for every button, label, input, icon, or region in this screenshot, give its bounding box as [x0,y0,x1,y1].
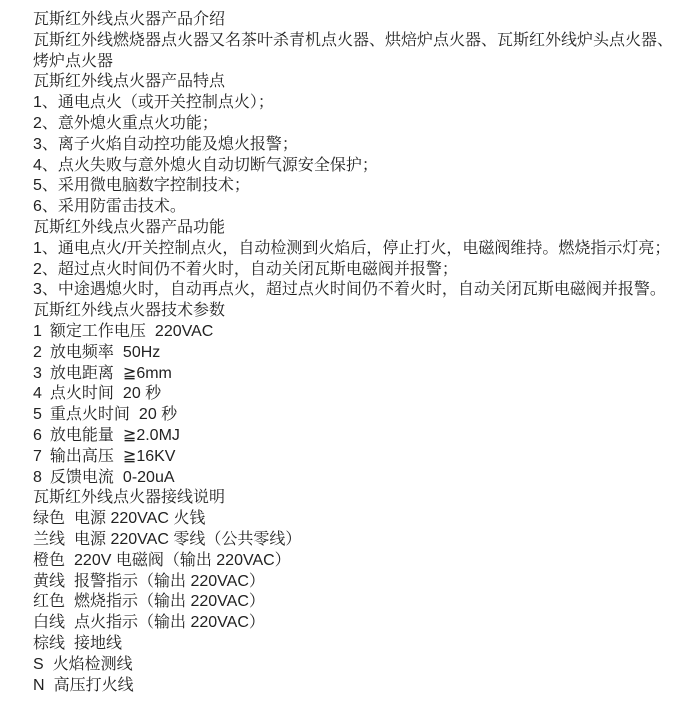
spec-row: 8反馈电流0-20uA [33,468,684,489]
paragraph-line: 3、中途遇熄火时，自动再点火，超过点火时间仍不着火时，自动关闭瓦斯电磁阀并报警。 [33,280,684,301]
paragraph-line: 5、采用微电脑数字控制技术； [33,176,684,197]
spec-row: 7输出高压≧16KV [33,447,684,468]
spec-number: 5 [33,406,42,423]
wire-name: N [33,677,45,694]
spec-row: 4点火时间20 秒 [33,384,684,405]
spec-number: 6 [33,427,42,444]
spec-number: 7 [33,448,42,465]
spec-value: 20 秒 [123,385,161,402]
wire-row: 黄线报警指示（输出 220VAC） [33,572,684,593]
section-heading: 瓦斯红外线点火器产品介绍 [33,10,684,31]
spec-label: 额定工作电压 [50,323,146,340]
spec-number: 4 [33,385,42,402]
wire-name: 绿色 [33,510,65,527]
wire-row: 棕线接地线 [33,634,684,655]
section-heading: 瓦斯红外线点火器产品功能 [33,218,684,239]
spec-value: ≧16KV [123,448,176,465]
wire-desc: 电源 220VAC 零线（公共零线） [74,531,301,548]
spec-value: 20 秒 [139,406,177,423]
spec-label: 放电能量 [50,427,114,444]
spec-label: 输出高压 [50,448,114,465]
spec-row: 1额定工作电压220VAC [33,322,684,343]
spec-label: 点火时间 [50,385,114,402]
spec-row: 3放电距离≧6mm [33,364,684,385]
spec-value: 50Hz [123,344,160,361]
wire-row: 绿色电源 220VAC 火钱 [33,509,684,530]
spec-value: ≧6mm [123,365,172,382]
paragraph-line: 6、采用防雷击技术。 [33,197,684,218]
paragraph-line: 瓦斯红外线燃烧器点火器又名茶叶杀青机点火器、烘焙炉点火器、瓦斯红外线炉头点火器、 [33,31,684,52]
wire-desc: 高压打火线 [54,677,134,694]
paragraph-line: 4、点火失败与意外熄火自动切断气源安全保护； [33,156,684,177]
wire-desc: 220V 电磁阀（输出 220VAC） [74,552,291,569]
spec-number: 8 [33,469,42,486]
paragraph-line: 2、超过点火时间仍不着火时，自动关闭瓦斯电磁阀并报警； [33,260,684,281]
paragraph-line: 1、通电点火（或开关控制点火）； [33,93,684,114]
spec-label: 反馈电流 [50,469,114,486]
wire-name: 兰线 [33,531,65,548]
wire-row: S火焰检测线 [33,655,684,676]
spec-label: 放电距离 [50,365,114,382]
section-heading: 瓦斯红外线点火器接线说明 [33,488,684,509]
spec-row: 2放电频率50Hz [33,343,684,364]
wire-row: 兰线电源 220VAC 零线（公共零线） [33,530,684,551]
spec-label: 重点火时间 [50,406,130,423]
wire-desc: 接地线 [74,635,122,652]
wire-desc: 报警指示（输出 220VAC） [74,573,265,590]
wire-desc: 燃烧指示（输出 220VAC） [74,593,265,610]
spec-row: 6放电能量≧2.0MJ [33,426,684,447]
spec-value: ≧2.0MJ [123,427,180,444]
wire-desc: 电源 220VAC 火钱 [74,510,205,527]
wire-name: 橙色 [33,552,65,569]
wire-name: 白线 [33,614,65,631]
paragraph-line: 2、意外熄火重点火功能； [33,114,684,135]
wire-desc: 点火指示（输出 220VAC） [74,614,265,631]
wire-name: S [33,656,44,673]
wire-row: 白线点火指示（输出 220VAC） [33,613,684,634]
wire-row: 橙色220V 电磁阀（输出 220VAC） [33,551,684,572]
spec-row: 5重点火时间20 秒 [33,405,684,426]
wire-row: 红色燃烧指示（输出 220VAC） [33,592,684,613]
spec-value: 0-20uA [123,469,175,486]
spec-value: 220VAC [155,323,213,340]
paragraph-line: 1、通电点火/开关控制点火，自动检测到火焰后，停止打火，电磁阀维持。燃烧指示灯亮… [33,239,684,260]
spec-number: 3 [33,365,42,382]
paragraph-line: 3、离子火焰自动控功能及熄火报警； [33,135,684,156]
paragraph-line: 烤炉点火器 [33,52,684,73]
wire-row: N高压打火线 [33,676,684,697]
document-page: 瓦斯红外线点火器产品介绍瓦斯红外线燃烧器点火器又名茶叶杀青机点火器、烘焙炉点火器… [0,0,690,710]
section-heading: 瓦斯红外线点火器技术参数 [33,301,684,322]
wire-name: 红色 [33,593,65,610]
wire-name: 黄线 [33,573,65,590]
spec-number: 2 [33,344,42,361]
document-content: 瓦斯红外线点火器产品介绍瓦斯红外线燃烧器点火器又名茶叶杀青机点火器、烘焙炉点火器… [0,0,690,696]
spec-label: 放电频率 [50,344,114,361]
wire-desc: 火焰检测线 [53,656,133,673]
section-heading: 瓦斯红外线点火器产品特点 [33,72,684,93]
wire-name: 棕线 [33,635,65,652]
spec-number: 1 [33,323,42,340]
